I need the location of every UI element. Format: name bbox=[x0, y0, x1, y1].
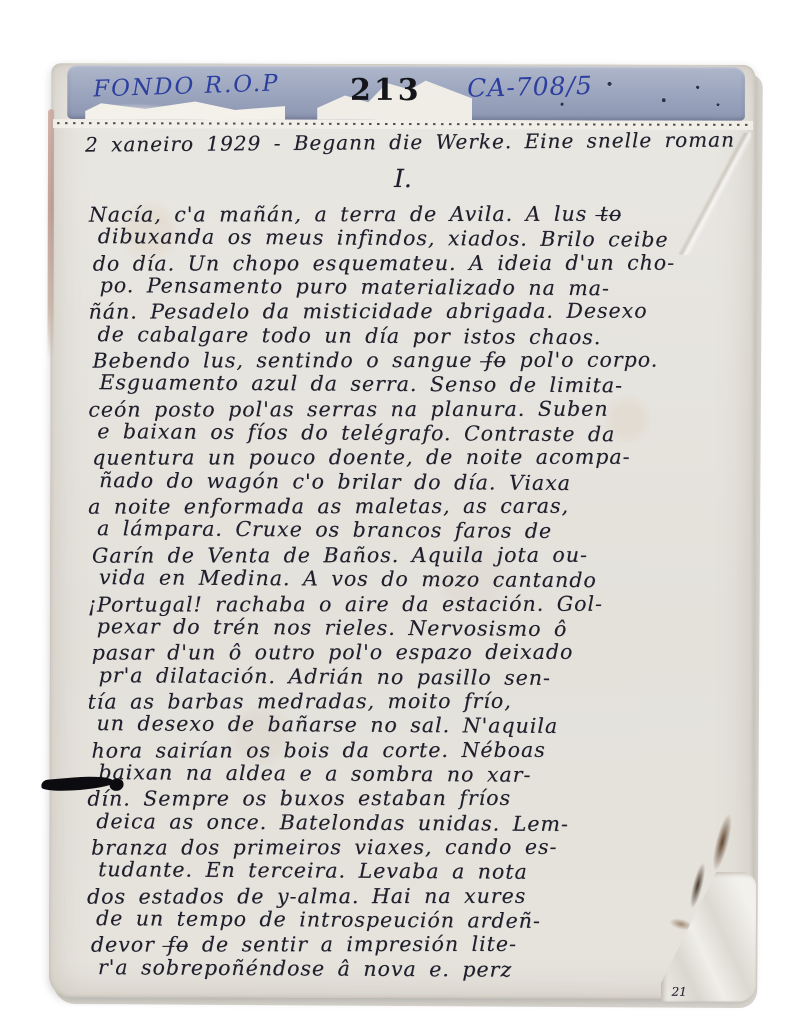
paper-crease bbox=[679, 133, 751, 255]
manuscript-line: a noite enformada as maletas, as caras, bbox=[88, 494, 736, 519]
chapter-heading: I. bbox=[51, 163, 755, 194]
manuscript-line: vida en Medina. A vos do mozo cantando bbox=[99, 565, 736, 593]
page-number-stamp: 213 bbox=[350, 73, 422, 108]
manuscript-line: dibuxanda os meus infindos, xiados. Bril… bbox=[98, 224, 737, 252]
manuscript-line: tía as barbas medradas, moito frío, bbox=[88, 688, 736, 713]
manuscript-line: po. Pensamento puro materializado na ma- bbox=[100, 273, 737, 301]
manuscript-line: pr'a dilatación. Adrián no pasillo sen- bbox=[99, 663, 736, 691]
catalog-number-label: CA-708/5 bbox=[467, 71, 593, 103]
manuscript-page: FONDO R.O.P 213 CA-708/5 2 xaneiro 1929 … bbox=[49, 63, 755, 999]
manuscript-line: quentura un pouco doente, de noite acomp… bbox=[92, 445, 736, 470]
manuscript-line: Garín de Venta de Baños. Aquila jota ou- bbox=[92, 542, 736, 567]
manuscript-line: deica as once. Batelondas unidas. Lem- bbox=[96, 809, 735, 837]
manuscript-line: branza dos primeiros viaxes, cando es- bbox=[91, 834, 735, 859]
manuscript-line: ñán. Pesadelo da misticidade abrigada. D… bbox=[89, 299, 737, 324]
page-left-edge bbox=[47, 109, 54, 359]
manuscript-line: pasar d'un ô outro pol'o espazo deixado bbox=[92, 640, 736, 665]
page-corner-note: 21 bbox=[671, 985, 686, 999]
manuscript-line: e baixan os fíos do telégrafo. Contraste… bbox=[97, 419, 736, 447]
manuscript-line: Nacía, c'a mañán, a terra de Avila. A lu… bbox=[89, 201, 737, 226]
manuscript-line: do día. Un chopo esquemateu. A ideia d'u… bbox=[93, 250, 737, 275]
manuscript-line: pexar do trén nos rieles. Nervosismo ô bbox=[97, 614, 736, 642]
manuscript-line: de cabalgare todo un día por istos chaos… bbox=[97, 322, 736, 350]
manuscript-line: hora sairían os bois da corte. Néboas bbox=[91, 737, 735, 762]
scanned-notebook-page: FONDO R.O.P 213 CA-708/5 2 xaneiro 1929 … bbox=[0, 0, 800, 1030]
manuscript-line: ¡Portugal! rachaba o aire da estación. G… bbox=[88, 591, 736, 616]
date-line: 2 xaneiro 1929 - Begann die Werke. Eine … bbox=[85, 127, 735, 156]
manuscript-line: Esguamento azul da serra. Senso de limit… bbox=[99, 371, 736, 399]
manuscript-line: baixan na aldea e a sombra no xar- bbox=[98, 760, 735, 788]
manuscript-line: r'a sobrepoñéndose â nova e. perz bbox=[98, 955, 735, 983]
manuscript-line: dín. Sempre os buxos estaban fríos bbox=[87, 786, 735, 811]
manuscript-line: a lámpara. Cruxe os brancos faros de bbox=[97, 517, 736, 545]
manuscript-line: ñado do wagón c'o brilar do día. Viaxa bbox=[99, 468, 736, 496]
manuscript-line: un desexo de bañarse no sal. N'aquila bbox=[96, 711, 735, 739]
binding-tape: FONDO R.O.P 213 CA-708/5 bbox=[67, 65, 745, 121]
manuscript-line: Bebendo lus, sentindo o sangue f̶o̶ pol'… bbox=[92, 348, 736, 373]
manuscript-line: ceón posto pol'as serras na planura. Sub… bbox=[88, 396, 736, 421]
archive-fund-label: FONDO R.O.P bbox=[93, 70, 280, 102]
torn-label-fragment bbox=[85, 99, 285, 120]
